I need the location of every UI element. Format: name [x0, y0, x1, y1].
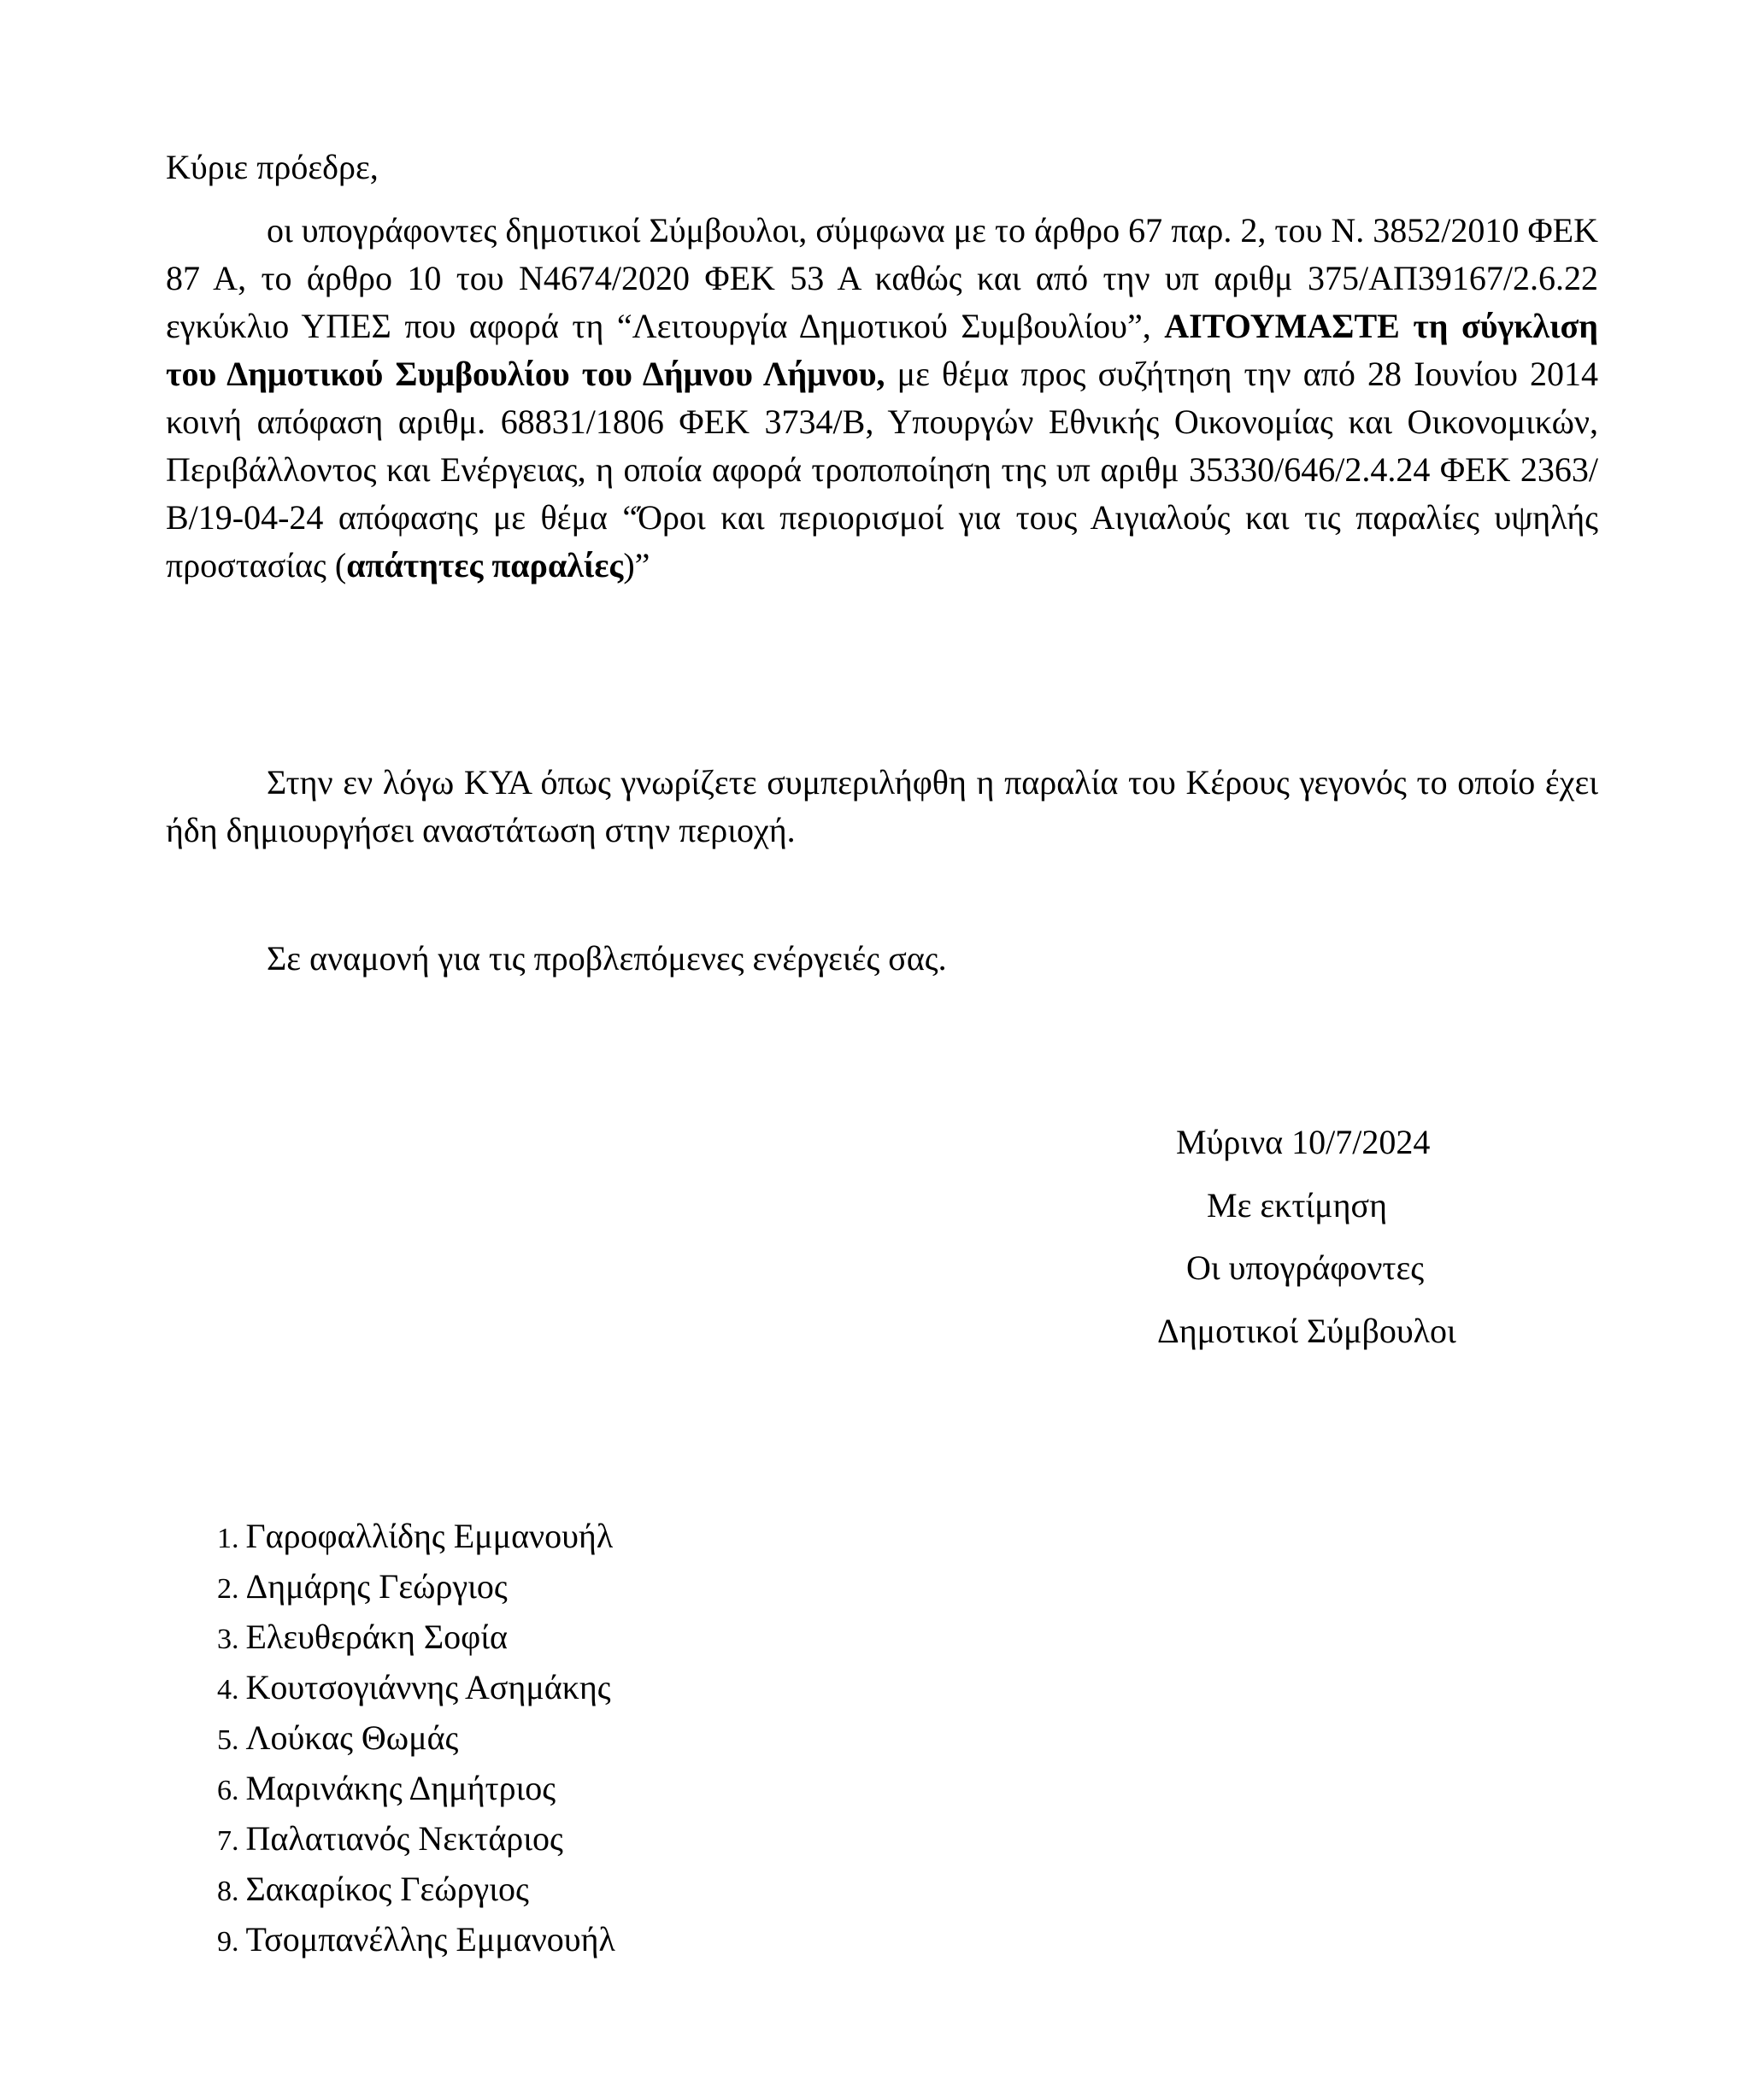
signatory-item: 4.Κουτσογιάννης Ασημάκης — [217, 1664, 615, 1714]
signatory-number: 5. — [217, 1724, 239, 1756]
signatory-number: 6. — [217, 1775, 239, 1806]
signatory-number: 8. — [217, 1876, 239, 1907]
signatories-list: 1.Γαροφαλλίδης Εμμανουήλ2.Δημάρης Γεώργι… — [217, 1512, 615, 1966]
signers-line-1: Οι υπογράφοντες — [1186, 1242, 1424, 1295]
signatory-number: 2. — [217, 1573, 239, 1605]
signatory-name: Τσομπανέλλης Εμμανουήλ — [246, 1920, 615, 1958]
salutation: Κύριε πρόεδρε, — [166, 144, 1598, 191]
signatory-name: Ελευθεράκη Σοφία — [246, 1618, 508, 1656]
signatory-item: 9.Τσομπανέλλης Εμμανουήλ — [217, 1916, 615, 1966]
paragraph-awaiting: Σε αναμονή για τις προβλεπόμενες ενέργει… — [166, 935, 1598, 983]
signatory-number: 7. — [217, 1825, 239, 1857]
signatory-name: Παλατιανός Νεκτάριος — [246, 1819, 563, 1858]
signatory-number: 3. — [217, 1624, 239, 1655]
signatory-item: 7.Παλατιανός Νεκτάριος — [217, 1815, 615, 1865]
untrodden-beaches-bold: απάτητες παραλίες — [346, 546, 623, 584]
signatory-item: 6.Μαρινάκης Δημήτριος — [217, 1765, 615, 1815]
place-date: Μύρινα 10/7/2024 — [1176, 1116, 1430, 1169]
signatory-item: 8.Σακαρίκος Γεώργιος — [217, 1865, 615, 1916]
signatory-number: 4. — [217, 1674, 239, 1706]
signatory-item: 1.Γαροφαλλίδης Εμμανουήλ — [217, 1512, 615, 1563]
signatory-number: 9. — [217, 1926, 239, 1958]
signatory-name: Μαρινάκης Δημήτριος — [246, 1769, 556, 1807]
paragraph-request-text-3: )” — [623, 546, 650, 584]
document-page: Κύριε πρόεδρε, οι υπογράφοντες δημοτικοί… — [0, 0, 1764, 2073]
signatory-name: Δημάρης Γεώργιος — [246, 1567, 508, 1606]
signatory-name: Σακαρίκος Γεώργιος — [246, 1870, 529, 1908]
signatory-item: 3.Ελευθεράκη Σοφία — [217, 1613, 615, 1664]
signers-line-2: Δημοτικοί Σύμβουλοι — [1157, 1305, 1456, 1358]
closing-regards: Με εκτίμηση — [1207, 1179, 1387, 1232]
signatory-item: 2.Δημάρης Γεώργιος — [217, 1563, 615, 1613]
paragraph-request: οι υπογράφοντες δημοτικοί Σύμβουλοι, σύμ… — [166, 207, 1598, 590]
signatory-number: 1. — [217, 1523, 239, 1554]
signatory-item: 5.Λούκας Θωμάς — [217, 1714, 615, 1765]
signatory-name: Γαροφαλλίδης Εμμανουήλ — [246, 1517, 614, 1555]
signatory-name: Λούκας Θωμάς — [246, 1718, 459, 1757]
paragraph-keros: Στην εν λόγω ΚΥΑ όπως γνωρίζετε συμπεριλ… — [166, 759, 1598, 854]
signatory-name: Κουτσογιάννης Ασημάκης — [246, 1668, 611, 1706]
